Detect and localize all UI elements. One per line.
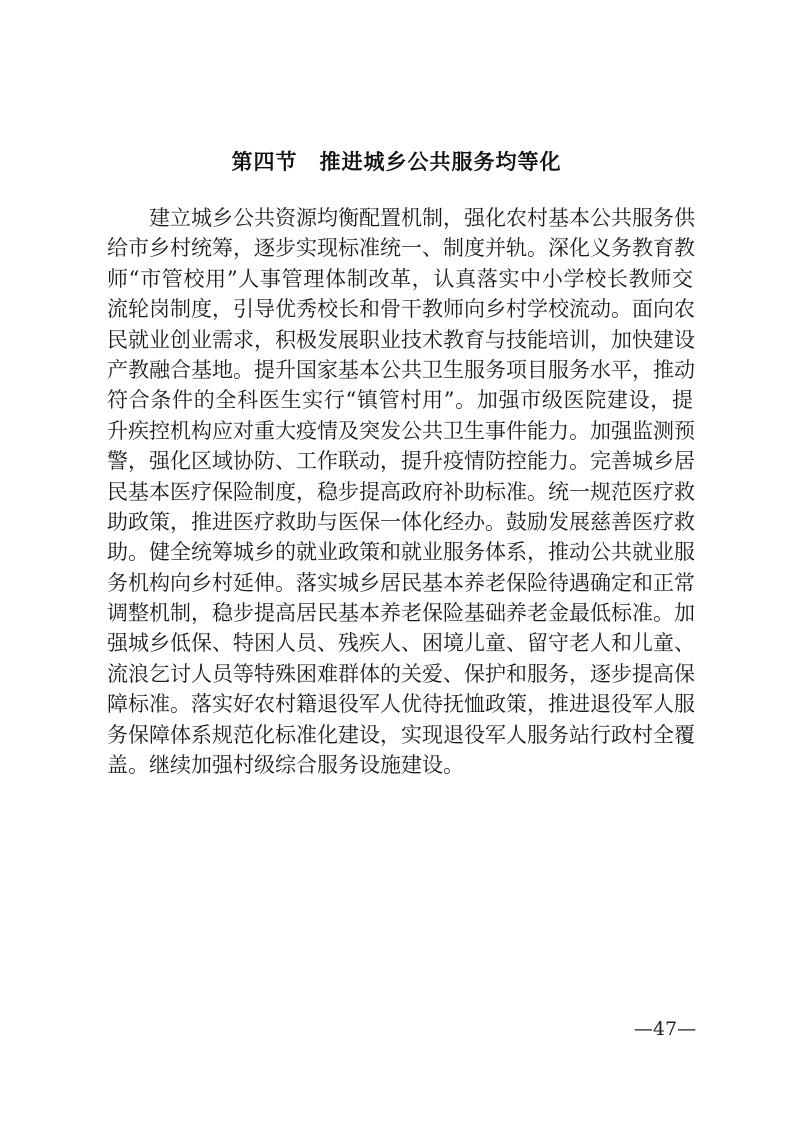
paragraph-line: 民就业创业需求，积极发展职业技术教育与技能培训，加快建设	[107, 325, 693, 355]
paragraph-line: 师“市管校用”人事管理体制改革，认真落实中小学校长教师交	[107, 264, 693, 294]
paragraph-line: 产教融合基地。提升国家基本公共卫生服务项目服务水平，推动	[107, 355, 693, 385]
paragraph-line: 助政策，推进医疗救助与医保一体化经办。鼓励发展慈善医疗救	[107, 507, 693, 537]
paragraph-line: 障标准。落实好农村籍退役军人优待抚恤政策，推进退役军人服	[107, 689, 693, 719]
paragraph-line: 流轮岗制度，引导优秀校长和骨干教师向乡村学校流动。面向农	[107, 294, 693, 324]
paragraph-line: 强城乡低保、特困人员、残疾人、困境儿童、留守老人和儿童、	[107, 628, 693, 658]
body-paragraph: 建立城乡公共资源均衡配置机制，强化农村基本公共服务供 给市乡村统筹，逐步实现标准…	[107, 203, 693, 780]
paragraph-line: 务保障体系规范化标准化建设，实现退役军人服务站行政村全覆	[107, 720, 693, 750]
page-number: —47—	[630, 1018, 700, 1040]
paragraph-line: 民基本医疗保险制度，稳步提高政府补助标准。统一规范医疗救	[107, 477, 693, 507]
paragraph-line: 盖。继续加强村级综合服务设施建设。	[107, 750, 693, 780]
paragraph-line: 升疾控机构应对重大疫情及突发公共卫生事件能力。加强监测预	[107, 416, 693, 446]
paragraph-line: 务机构向乡村延伸。落实城乡居民基本养老保险待遇确定和正常	[107, 568, 693, 598]
document-page: 第四节 推进城乡公共服务均等化 建立城乡公共资源均衡配置机制，强化农村基本公共服…	[0, 0, 793, 1122]
paragraph-line: 流浪乞讨人员等特殊困难群体的关爱、保护和服务，逐步提高保	[107, 659, 693, 689]
paragraph-line: 给市乡村统筹，逐步实现标准统一、制度并轨。深化义务教育教	[107, 233, 693, 263]
paragraph-line: 助。健全统筹城乡的就业政策和就业服务体系，推动公共就业服	[107, 537, 693, 567]
section-title: 第四节 推进城乡公共服务均等化	[0, 146, 793, 176]
paragraph-line: 符合条件的全科医生实行“镇管村用”。加强市级医院建设，提	[107, 385, 693, 415]
paragraph-line: 建立城乡公共资源均衡配置机制，强化农村基本公共服务供	[107, 203, 693, 233]
paragraph-line: 调整机制，稳步提高居民基本养老保险基础养老金最低标准。加	[107, 598, 693, 628]
paragraph-line: 警，强化区域协防、工作联动，提升疫情防控能力。完善城乡居	[107, 446, 693, 476]
